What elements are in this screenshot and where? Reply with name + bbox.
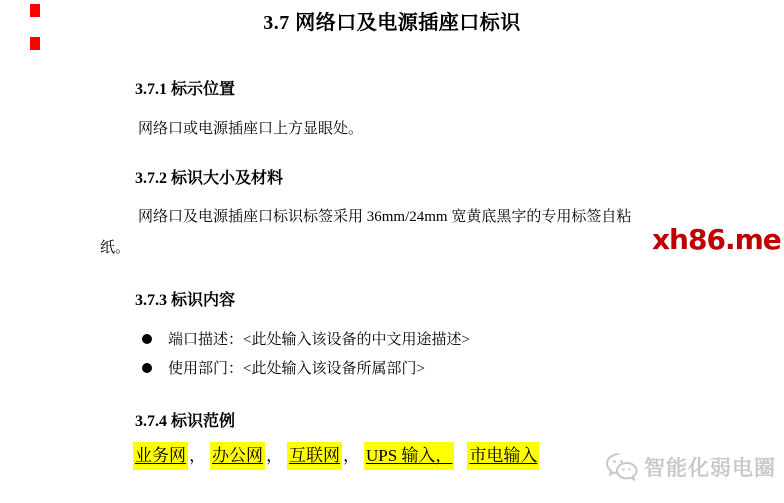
- heading-3-7-1: 3.7.1 标示位置: [135, 76, 235, 99]
- highlighted-label: 办公网: [210, 442, 265, 470]
- brand-watermark: 智能化弱电圈: [605, 450, 776, 484]
- bullet-text: 使用部门：<此处输入该设备所属部门>: [168, 357, 425, 378]
- highlighted-label: 业务网: [133, 442, 188, 470]
- wechat-icon: [605, 450, 639, 484]
- bullet-icon: [142, 363, 152, 373]
- watermark-site: xh86.me: [652, 223, 781, 256]
- paragraph-3-7-1: 网络口或电源插座口上方显眼处。: [138, 119, 363, 139]
- heading-3-7-2: 3.7.2 标识大小及材料: [135, 165, 283, 188]
- bullet-icon: [142, 334, 152, 344]
- list-item: 端口描述：<此处输入该设备的中文用途描述>: [142, 328, 470, 349]
- brand-name: 智能化弱电圈: [644, 452, 776, 482]
- highlighted-label: 互联网: [287, 442, 342, 470]
- separator: ，: [265, 446, 287, 465]
- separator: ，: [342, 446, 364, 465]
- paragraph-3-7-2-line2: 纸。: [100, 238, 130, 258]
- highlighted-label: UPS 输入，: [364, 442, 454, 470]
- bullet-text: 端口描述：<此处输入该设备的中文用途描述>: [168, 328, 470, 349]
- list-item: 使用部门：<此处输入该设备所属部门>: [142, 357, 425, 378]
- page-title: 3.7 网络口及电源插座口标识: [0, 6, 784, 35]
- separator: ，: [188, 446, 210, 465]
- heading-3-7-3: 3.7.3 标识内容: [135, 287, 235, 310]
- heading-3-7-4: 3.7.4 标识范例: [135, 408, 235, 431]
- paragraph-3-7-2-line1: 网络口及电源插座口标识标签采用 36mm/24mm 宽黄底黑字的专用标签自粘: [138, 207, 631, 227]
- label-examples-row: 业务网，办公网，互联网，UPS 输入，市电输入: [133, 441, 539, 471]
- red-dash-icon: [30, 37, 40, 50]
- highlighted-label: 市电输入: [467, 442, 539, 470]
- document-page: 3.7 网络口及电源插座口标识 3.7.1 标示位置 网络口或电源插座口上方显眼…: [0, 0, 784, 503]
